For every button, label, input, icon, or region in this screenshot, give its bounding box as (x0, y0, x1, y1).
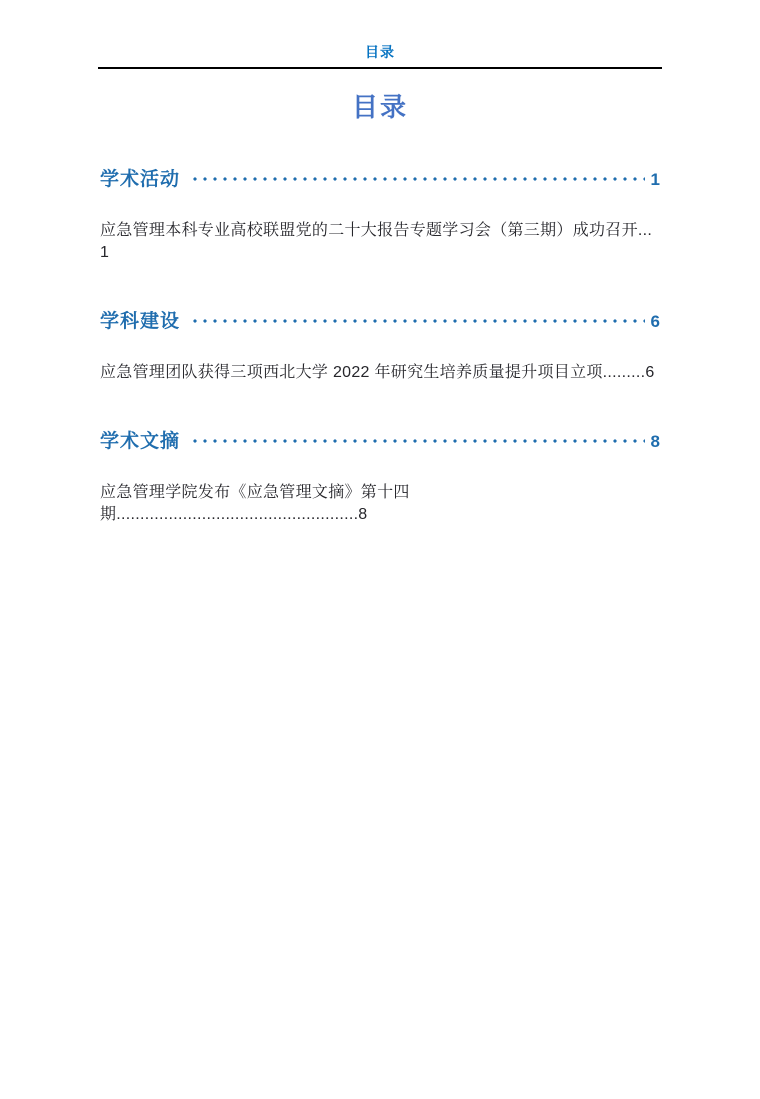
dotted-leader (190, 437, 645, 445)
header-rule (98, 67, 662, 69)
running-header-title: 目录 (98, 44, 662, 60)
toc-entry[interactable]: 应急管理学院发布《应急管理文摘》第十四期....................… (100, 482, 660, 526)
toc-entry[interactable]: 应急管理团队获得三项西北大学 2022 年研究生培养质量提升项目立项......… (100, 362, 660, 384)
toc-page-number[interactable]: 6 (651, 312, 660, 332)
toc-heading-label[interactable]: 学术文摘 (100, 426, 180, 453)
toc-heading-row[interactable]: 学术活动 1 (100, 164, 660, 188)
toc-page-number[interactable]: 8 (651, 432, 660, 452)
toc-heading-row[interactable]: 学术文摘 8 (100, 426, 660, 450)
toc-heading-label[interactable]: 学术活动 (100, 164, 180, 191)
toc-page-title: 目录 (0, 91, 760, 123)
toc-section-discipline-construction: 学科建设 6 应急管理团队获得三项西北大学 2022 年研究生培养质量提升项目立… (100, 306, 660, 384)
toc-section-academic-digest: 学术文摘 8 应急管理学院发布《应急管理文摘》第十四期.............… (100, 426, 660, 526)
table-of-contents: 学术活动 1 应急管理本科专业高校联盟党的二十大报告专题学习会（第三期）成功召开… (100, 164, 660, 526)
toc-section-academic-activities: 学术活动 1 应急管理本科专业高校联盟党的二十大报告专题学习会（第三期）成功召开… (100, 164, 660, 264)
document-page: 目录 目录 学术活动 1 应急管理本科专业高校联盟党的二十大报告专题学习会（第三… (0, 0, 760, 1099)
dotted-leader (190, 175, 645, 183)
dotted-leader (190, 317, 645, 325)
toc-entry[interactable]: 应急管理本科专业高校联盟党的二十大报告专题学习会（第三期）成功召开...1 (100, 220, 660, 264)
toc-page-number[interactable]: 1 (651, 170, 660, 190)
toc-heading-row[interactable]: 学科建设 6 (100, 306, 660, 330)
page-header: 目录 (98, 0, 662, 69)
toc-heading-label[interactable]: 学科建设 (100, 306, 180, 333)
